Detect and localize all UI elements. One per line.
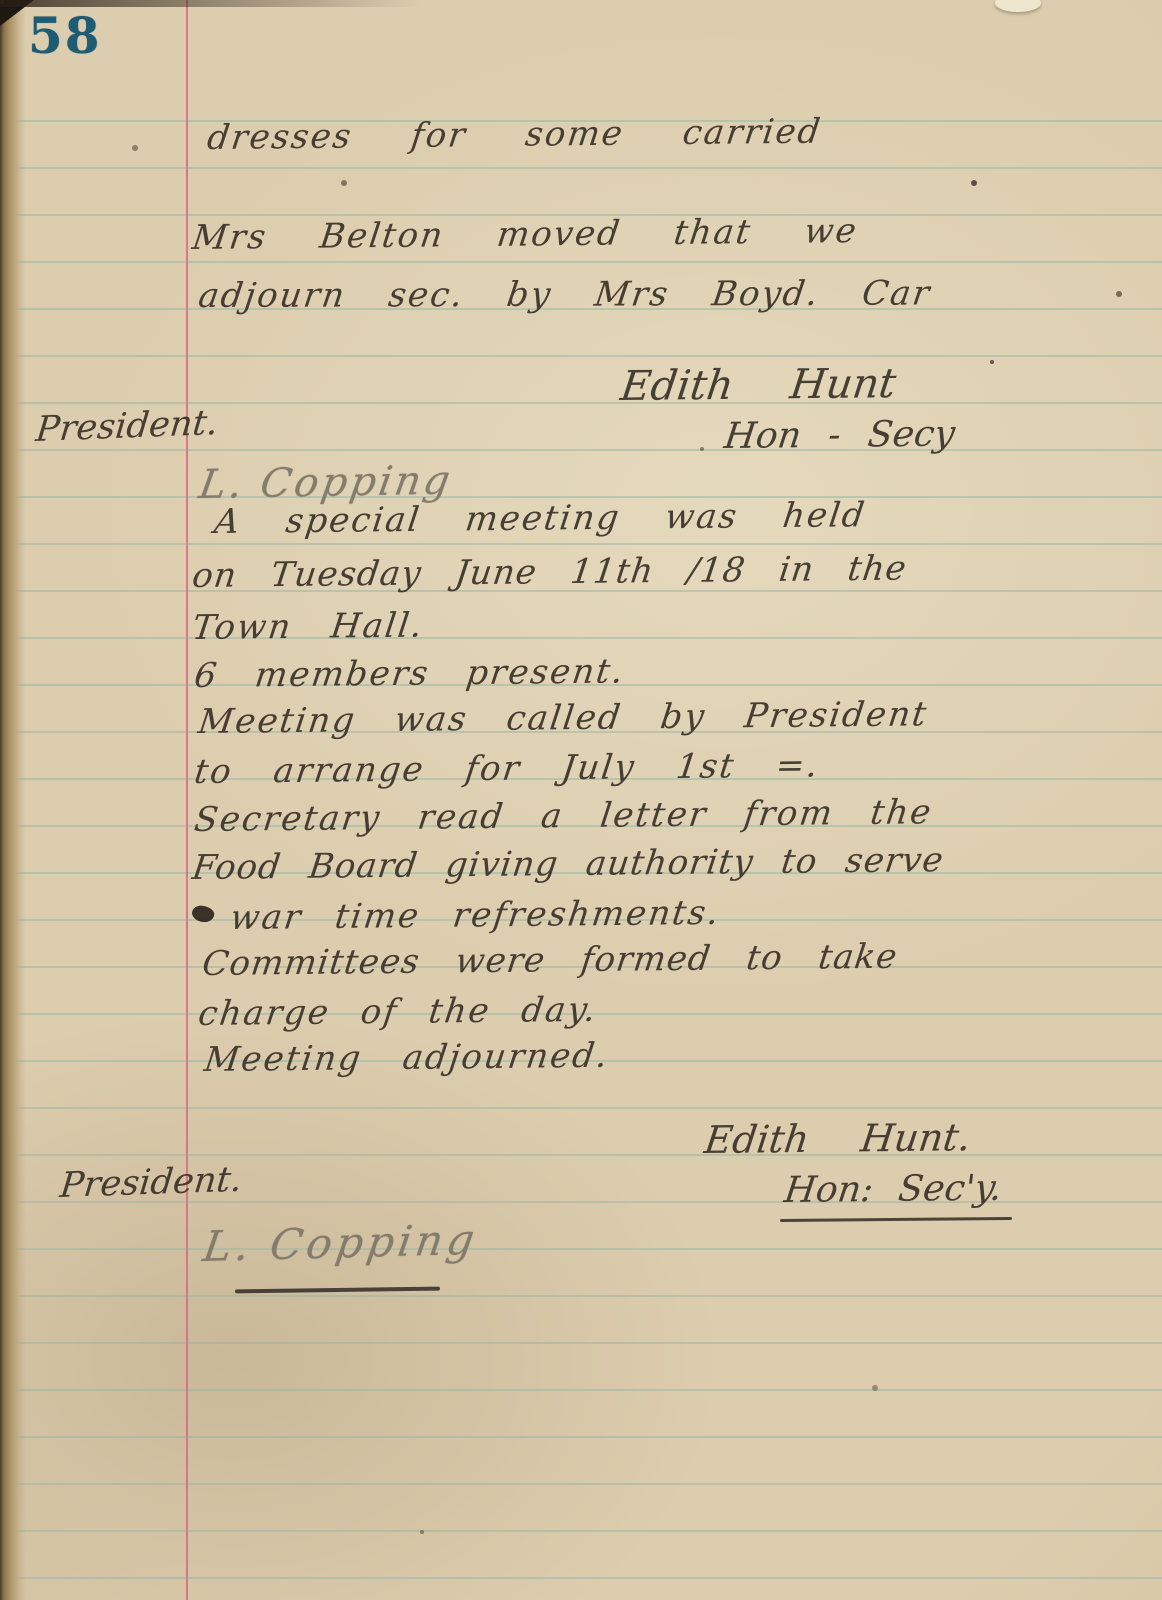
signature-title-hon-secy: Hon: Sec'y. — [782, 1168, 1004, 1211]
handwritten-line: Meeting adjourned. — [202, 1036, 612, 1080]
handwritten-line: Town Hall. — [190, 606, 426, 648]
handwritten-line: dresses for some carried — [205, 112, 824, 158]
handwritten-line: to arrange for July 1st =. — [192, 745, 822, 792]
signature-title-hon-secy: Hon - Secy — [722, 414, 957, 457]
handwritten-line: Meeting was called by President — [196, 694, 930, 742]
signature-underline — [235, 1287, 440, 1294]
handwritten-line: Mrs Belton moved that we — [190, 211, 860, 258]
handwritten-line: A special meeting was held — [212, 495, 868, 542]
handwritten-line: Food Board giving authority to serve — [190, 840, 946, 888]
handwritten-line: war time refreshments. — [228, 893, 723, 938]
paper-tear-notch — [995, 0, 1041, 12]
handwritten-line: charge of the day. — [196, 990, 600, 1034]
handwritten-line: Committees were formed to take — [200, 937, 900, 984]
handwritten-line: adjourn sec. by Mrs Boyd. Car — [196, 273, 934, 316]
book-binding-edge — [0, 0, 26, 1600]
label-president: President. — [34, 403, 220, 450]
handwritten-line: 6 members present. — [192, 652, 627, 696]
signature-l-copping: L. Copping — [200, 1215, 482, 1271]
signature-edith-hunt: Edith Hunt. — [702, 1115, 974, 1162]
signature-underline — [780, 1217, 1012, 1222]
paper-specks — [0, 0, 4, 4]
handwritten-line: Secretary read a letter from the — [192, 792, 935, 840]
signature-edith-hunt: Edith Hunt — [618, 359, 899, 410]
handwritten-line: on Tuesday June 11th /18 in the — [190, 549, 909, 596]
margin-rule — [186, 0, 188, 1600]
ink-blot-strikeout — [190, 903, 216, 925]
page-number: 58 — [28, 6, 102, 65]
label-president: President. — [58, 1160, 244, 1206]
minute-book-page: 58 dresses for some carried Mrs Belton m… — [0, 0, 1162, 1600]
